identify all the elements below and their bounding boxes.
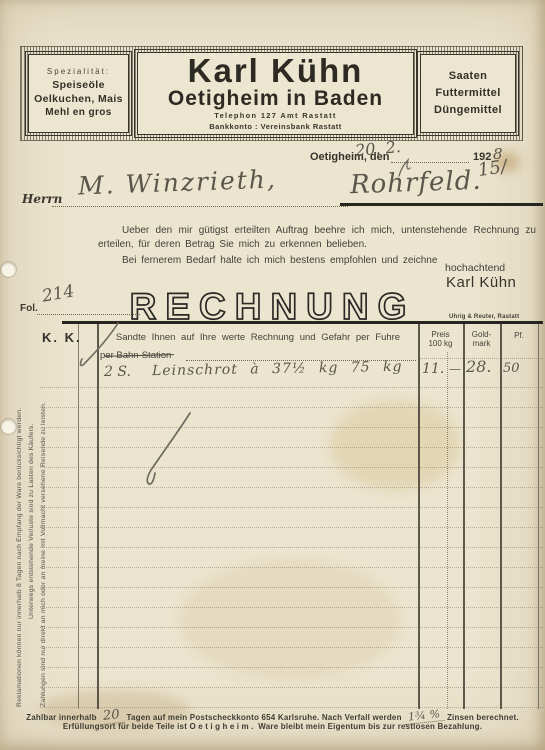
side-note-zahlungen: Zahlungen sind nur direkt an mich oder a… [39, 335, 48, 707]
addressee-blank-line [52, 206, 348, 207]
column-header-preis-line2: 100 kg [418, 339, 463, 348]
footer-line1-pre: Zahlbar innerhalb [26, 713, 97, 722]
footer-line1-post: Zinsen berechnet. [447, 713, 519, 722]
specialty-heading: Spezialität: [47, 67, 110, 76]
table-guide-line [40, 427, 543, 428]
product-item: Düngemittel [434, 102, 502, 119]
footer-line2-pre: Erfüllungsort für beide Teile ist [63, 722, 187, 731]
row-preis-dash-handwritten: — [449, 362, 461, 376]
footer-line2-post: Ware bleibt mein Eigentum bis zur restlo… [258, 722, 482, 731]
masthead-firm-box: Karl Kühn Oetigheim in Baden Telephon 12… [137, 52, 414, 135]
table-column-line [418, 324, 420, 709]
punch-hole [1, 419, 16, 434]
firm-telephone: Telephon 127 Amt Rastatt [214, 111, 336, 121]
table-guide-line [40, 527, 543, 528]
invoice-document: Spezialität: Speiseöle Oelkuchen, Mais M… [0, 0, 545, 750]
masthead-specialties-box: Spezialität: Speiseöle Oelkuchen, Mais M… [28, 54, 129, 133]
column-header-gold-line1: Gold- [463, 330, 500, 339]
row-quantity-handwritten: 2 S. [104, 364, 131, 380]
table-guide-line [40, 487, 543, 488]
printer-credit: Uhrig & Reuter, Rastatt [449, 314, 519, 320]
table-column-line [97, 324, 99, 709]
specialty-item: Speiseöle [52, 78, 105, 92]
table-column-line [78, 324, 79, 709]
masthead-band: Spezialität: Speiseöle Oelkuchen, Mais M… [20, 46, 523, 141]
table-guide-line [40, 447, 543, 448]
price-mark-handwritten: 15/ [477, 156, 509, 181]
table-guide-line [40, 547, 543, 548]
side-note-unterwegs: Unterwegs entstehende Verluste sind zu L… [27, 335, 36, 707]
firm-name: Karl Kühn [188, 55, 364, 87]
letter-paragraph-1: Ueber den mir gütigst erteilten Auftrag … [98, 224, 536, 251]
table-guide-line [40, 467, 543, 468]
closing-word: hochachtend [445, 262, 505, 274]
punch-hole [1, 262, 16, 277]
letter-body: Ueber den mir gütigst erteilten Auftrag … [98, 224, 536, 268]
table-guide-line [40, 587, 543, 588]
date-blank-line [391, 162, 469, 163]
table-column-line [538, 324, 539, 709]
masthead-products-box: Saaten Futtermittel Düngemittel [420, 54, 516, 133]
paper-stain [330, 400, 460, 490]
column-header-goldmark: Gold- mark [463, 330, 500, 348]
product-item: Futtermittel [435, 85, 500, 102]
addressee-name-handwritten: M. Winzrieth, [78, 165, 278, 201]
footer-place-spaced: Oetigheim. [190, 722, 256, 731]
addressee-underline [340, 203, 543, 206]
specialty-item: Oelkuchen, Mais [34, 92, 123, 106]
row-description-handwritten: Leinschrot à 37½ kg 75 kg [152, 359, 403, 379]
footer-line-2: Erfüllungsort für beide Teile ist Oetigh… [12, 722, 533, 731]
table-guide-line [40, 407, 543, 408]
struck-bahn-station: per Bahn-Station [100, 350, 171, 361]
table-guide-line [40, 567, 543, 568]
table-guide-line [40, 387, 543, 388]
table-guide-line [40, 667, 543, 668]
row-goldmark-handwritten: 28. [466, 357, 491, 376]
side-note-reklamationen: Reklamationen können nur innerhalb 8 Tag… [15, 335, 24, 707]
table-column-line [463, 324, 465, 709]
table-guide-line [40, 647, 543, 648]
table-guide-line [40, 507, 543, 508]
column-header-preis-line1: Preis [418, 330, 463, 339]
date-handwritten: 20. 2. [354, 137, 401, 160]
paper-stain [180, 560, 400, 680]
table-header-text: Sandte Ihnen auf Ihre werte Rechnung und… [100, 332, 416, 343]
table-guide-line [40, 607, 543, 608]
table-guide-line [40, 627, 543, 628]
table-guide-line [40, 687, 543, 688]
firm-place: Oetigheim in Baden [168, 87, 383, 110]
row-pf-handwritten: 50 [503, 361, 520, 376]
table-column-line [500, 324, 502, 709]
column-header-gold-line2: mark [463, 339, 500, 348]
firm-bank: Bankkonto : Vereinsbank Rastatt [209, 122, 342, 132]
flourish-stroke [147, 413, 190, 484]
specialty-item: Mehl en gros [45, 106, 111, 120]
table-subcolumn-line [447, 352, 448, 709]
side-conditions: Reklamationen können nur innerhalb 8 Tag… [15, 335, 48, 707]
table-top-rule [62, 321, 543, 324]
footer-line1-mid: Tagen auf mein Postscheckkonto 654 Karls… [127, 713, 402, 722]
addressee-label: Herrn [22, 192, 62, 206]
column-header-pf: Pf. [500, 331, 538, 340]
subheader-station: per Bahn-Station [100, 350, 171, 361]
product-item: Saaten [449, 68, 487, 85]
row-preis-handwritten: 11. [422, 361, 444, 377]
column-header-preis: Preis 100 kg [418, 330, 463, 348]
addressee-note-handwritten: Rohrfeld. [350, 166, 483, 201]
